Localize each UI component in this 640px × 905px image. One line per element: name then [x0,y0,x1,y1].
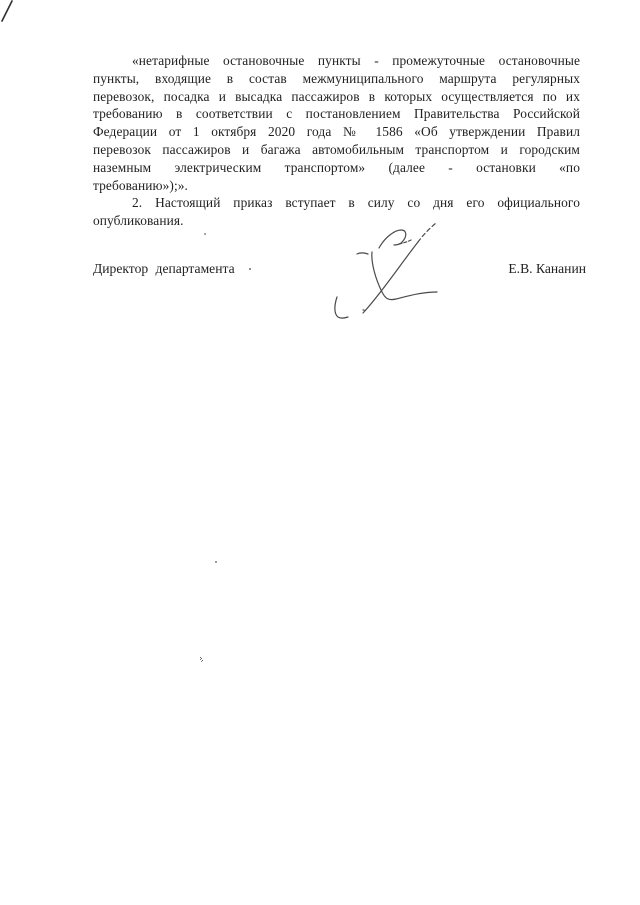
signer-name: Е.В. Кананин [508,261,586,277]
order-line: 2. Настоящий приказ вступает в силу со д… [93,194,580,212]
corner-scan-mark [0,0,16,24]
body-line: перевозок пассажиров и багажа автомобиль… [93,141,580,159]
body-line: требованию»);». [93,177,580,195]
handwritten-signature [330,218,452,322]
scan-speck [204,233,206,235]
body-line: наземным электрическим транспортом» (дал… [93,159,580,177]
body-line: перевозок, посадка и высадка пассажиров … [93,88,580,106]
scan-speck [249,268,251,270]
scan-speck-cluster [200,657,201,658]
signer-title: Директор департамента [93,261,235,277]
scan-speck [215,561,217,563]
body-line: «нетарифные остановочные пункты - промеж… [93,52,580,70]
scanned-document-page: «нетарифные остановочные пункты - промеж… [0,0,640,905]
body-line: требованию в соответствии с постановлени… [93,105,580,123]
body-line: Федерации от 1 октября 2020 года № 1586 … [93,123,580,141]
body-line: пункты, входящие в состав межмуниципальн… [93,70,580,88]
document-body-text: «нетарифные остановочные пункты - промеж… [93,52,580,230]
